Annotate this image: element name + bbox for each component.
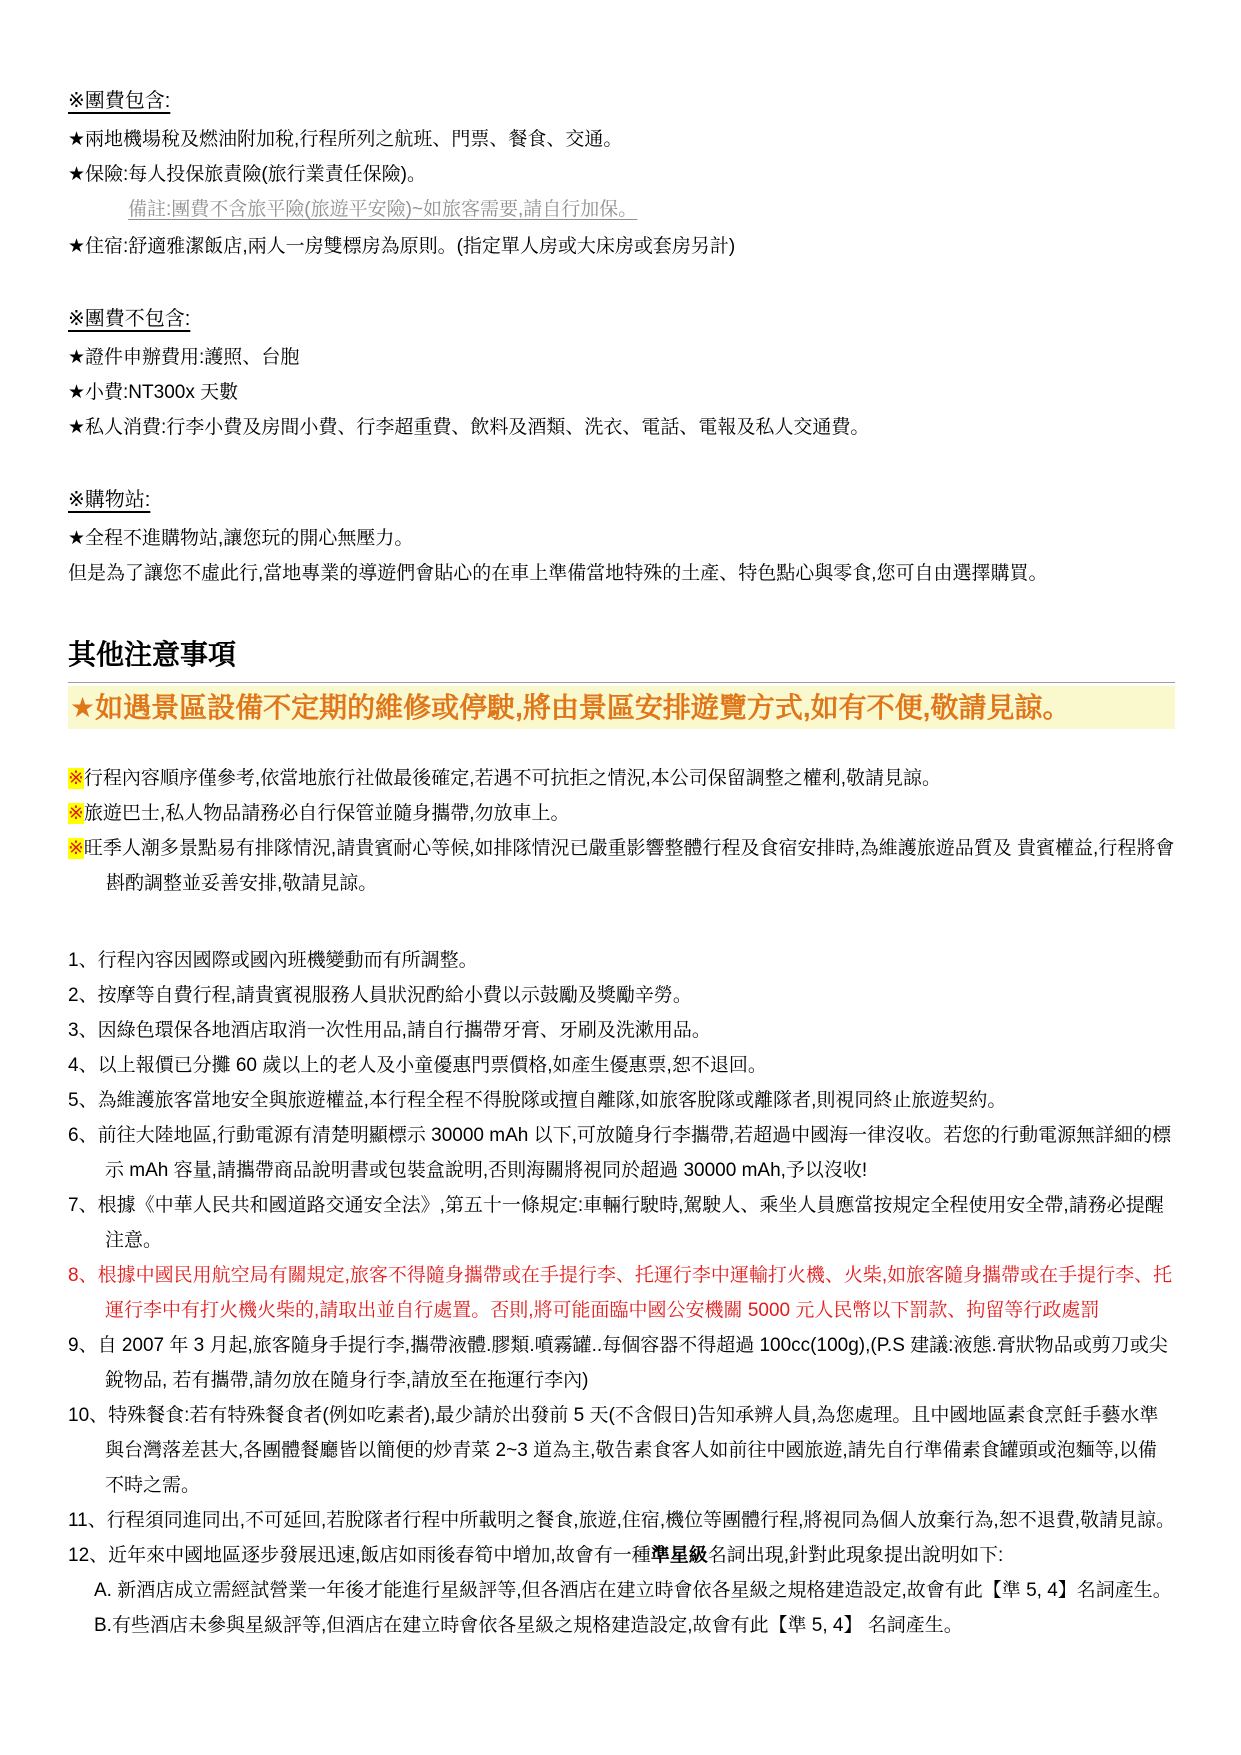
numbered-note-4: 4、以上報價已分攤 60 歲以上的老人及小童優惠門票價格,如產生優惠票,恕不退回…: [68, 1048, 1175, 1083]
numbered-note-6: 6、前往大陸地區,行動電源有清楚明顯標示 30000 mAh 以下,可放隨身行李…: [68, 1118, 1175, 1188]
highlight-note: ※旅遊巴士,私人物品請務必自行保管並隨身攜帶,勿放車上。: [68, 796, 1175, 831]
numbered-note-12-sub-a: A. 新酒店成立需經試營業一年後才能進行星級評等,但各酒店在建立時會依各星級之規…: [68, 1573, 1175, 1608]
document-page: ※團費包含: ★兩地機場稅及燃油附加稅,行程所列之航班、門票、餐食、交通。 ★保…: [0, 0, 1241, 1755]
item-text: 名詞出現,針對此現象提出說明如下:: [708, 1545, 1004, 1566]
numbered-note-7: 7、根據《中華人民共和國道路交通安全法》,第五十一條規定:車輛行駛時,駕駛人、乘…: [68, 1188, 1175, 1258]
numbered-note-12: 12、近年來中國地區逐步發展迅速,飯店如雨後春筍中增加,故會有一種準星級名詞出現…: [68, 1538, 1175, 1573]
numbered-note-10: 10、特殊餐食:若有特殊餐食者(例如吃素者),最少請於出發前 5 天(不含假日)…: [68, 1398, 1175, 1503]
item-text: 特殊餐食:若有特殊餐食者(例如吃素者),最少請於出發前 5 天(不含假日)告知承…: [105, 1405, 1158, 1496]
item-number: 11、: [68, 1510, 107, 1531]
fee-included-item: ★保險:每人投保旅責險(旅行業責任保險)。: [68, 160, 1175, 190]
highlight-marker: ※: [68, 803, 84, 824]
numbered-note-2: 2、按摩等自費行程,請貴賓視服務人員狀況酌給小費以示鼓勵及獎勵辛勞。: [68, 978, 1175, 1013]
numbered-note-8-warning: 8、根據中國民用航空局有關規定,旅客不得隨身攜帶或在手提行李、托運行李中運輸打火…: [68, 1258, 1175, 1328]
highlight-note-text: 旺季人潮多景點易有排隊情況,請貴賓耐心等候,如排隊情況已嚴重影響整體行程及食宿安…: [84, 838, 1174, 894]
item-text: 行程內容因國際或國內班機變動而有所調整。: [98, 950, 478, 971]
item-number: 9、: [68, 1335, 98, 1356]
numbered-note-3: 3、因綠色環保各地酒店取消一次性用品,請自行攜帶牙膏、牙刷及洗漱用品。: [68, 1013, 1175, 1048]
item-text: 前往大陸地區,行動電源有清楚明顯標示 30000 mAh 以下,可放隨身行李攜帶…: [98, 1125, 1172, 1181]
numbered-note-12-sub-b: B.有些酒店未參與星級評等,但酒店在建立時會依各星級之規格建造設定,故會有此【準…: [68, 1608, 1175, 1643]
highlight-note-text: 行程內容順序僅參考,依當地旅行社做最後確定,若遇不可抗拒之情況,本公司保留調整之…: [84, 768, 941, 789]
item-number: 5、: [68, 1090, 98, 1111]
highlight-note-text: 旅遊巴士,私人物品請務必自行保管並隨身攜帶,勿放車上。: [84, 803, 570, 824]
shopping-item: ★全程不進購物站,讓您玩的開心無壓力。: [68, 524, 1175, 554]
insurance-note: 備註:團費不含旅平險(旅遊平安險)~如旅客需要,請自行加保。: [68, 195, 1175, 225]
item-number: 2、: [68, 985, 98, 1006]
fee-excluded-item: ★小費:NT300x 天數: [68, 378, 1175, 408]
item-number: 4、: [68, 1055, 98, 1076]
section-fee-excluded: ※團費不包含: ★證件申辦費用:護照、台胞 ★小費:NT300x 天數 ★私人消…: [68, 302, 1175, 443]
highlight-marker: ※: [68, 768, 84, 789]
item-number: 7、: [68, 1195, 98, 1216]
shopping-heading: ※購物站:: [68, 483, 1175, 512]
fee-excluded-item: ★證件申辦費用:護照、台胞: [68, 343, 1175, 373]
item-text: 自 2007 年 3 月起,旅客隨身手提行李,攜帶液體.膠類.噴霧罐..每個容器…: [98, 1335, 1168, 1391]
fee-included-heading: ※團費包含:: [68, 84, 1175, 113]
item-text: 近年來中國地區逐步發展迅速,飯店如雨後春筍中增加,故會有一種: [108, 1545, 651, 1566]
item-number: 12、: [68, 1545, 108, 1566]
numbered-note-5: 5、為維護旅客當地安全與旅遊權益,本行程全程不得脫隊或擅自離隊,如旅客脫隊或離隊…: [68, 1083, 1175, 1118]
item-text-bold: 準星級: [651, 1545, 708, 1566]
numbered-notes-list: 1、行程內容因國際或國內班機變動而有所調整。 2、按摩等自費行程,請貴賓視服務人…: [68, 943, 1175, 1643]
highlight-note: ※旺季人潮多景點易有排隊情況,請貴賓耐心等候,如排隊情況已嚴重影響整體行程及食宿…: [68, 831, 1175, 901]
banner-text: ★如遇景區設備不定期的維修或停駛,將由景區安排遊覽方式,如有不便,敬請見諒。: [70, 692, 1070, 723]
numbered-note-1: 1、行程內容因國際或國內班機變動而有所調整。: [68, 943, 1175, 978]
highlight-note: ※行程內容順序僅參考,依當地旅行社做最後確定,若遇不可抗拒之情況,本公司保留調整…: [68, 761, 1175, 796]
item-text: 行程須同進同出,不可延回,若脫隊者行程中所載明之餐食,旅遊,住宿,機位等團體行程…: [107, 1510, 1175, 1531]
fee-included-item: ★住宿:舒適雅潔飯店,兩人一房雙標房為原則。(指定單人房或大床房或套房另計): [68, 232, 1175, 262]
shopping-extra-text: 但是為了讓您不虛此行,當地專業的導遊們會貼心的在車上準備當地特殊的土產、特色點心…: [68, 559, 1175, 589]
fee-excluded-item: ★私人消費:行李小費及房間小費、行李超重費、飲料及酒類、洗衣、電話、電報及私人交…: [68, 413, 1175, 443]
item-text: 按摩等自費行程,請貴賓視服務人員狀況酌給小費以示鼓勵及獎勵辛勞。: [98, 985, 692, 1006]
item-text: 根據《中華人民共和國道路交通安全法》,第五十一條規定:車輛行駛時,駕駛人、乘坐人…: [98, 1195, 1164, 1251]
numbered-note-9: 9、自 2007 年 3 月起,旅客隨身手提行李,攜帶液體.膠類.噴霧罐..每個…: [68, 1328, 1175, 1398]
scenic-area-warning-banner: ★如遇景區設備不定期的維修或停駛,將由景區安排遊覽方式,如有不便,敬請見諒。: [68, 686, 1175, 729]
item-text: 為維護旅客當地安全與旅遊權益,本行程全程不得脫隊或擅自離隊,如旅客脫隊或離隊者,…: [98, 1090, 1007, 1111]
item-text: 因綠色環保各地酒店取消一次性用品,請自行攜帶牙膏、牙刷及洗漱用品。: [98, 1020, 711, 1041]
fee-included-item: ★兩地機場稅及燃油附加稅,行程所列之航班、門票、餐食、交通。: [68, 125, 1175, 155]
item-number: 3、: [68, 1020, 98, 1041]
item-number: 10、: [68, 1405, 108, 1426]
item-number: 6、: [68, 1125, 98, 1146]
item-text: 根據中國民用航空局有關規定,旅客不得隨身攜帶或在手提行李、托運行李中運輸打火機、…: [98, 1265, 1173, 1321]
section-shopping: ※購物站: ★全程不進購物站,讓您玩的開心無壓力。 但是為了讓您不虛此行,當地專…: [68, 483, 1175, 589]
item-number: 1、: [68, 950, 98, 971]
item-text: 以上報價已分攤 60 歲以上的老人及小童優惠門票價格,如產生優惠票,恕不退回。: [98, 1055, 767, 1076]
section-fee-included: ※團費包含: ★兩地機場稅及燃油附加稅,行程所列之航班、門票、餐食、交通。 ★保…: [68, 84, 1175, 262]
fee-excluded-heading: ※團費不包含:: [68, 302, 1175, 331]
highlight-marker: ※: [68, 838, 84, 859]
numbered-note-11: 11、行程須同進同出,不可延回,若脫隊者行程中所載明之餐食,旅遊,住宿,機位等團…: [68, 1503, 1175, 1538]
highlighted-notes: ※行程內容順序僅參考,依當地旅行社做最後確定,若遇不可抗拒之情況,本公司保留調整…: [68, 761, 1175, 901]
other-notes-heading: 其他注意事項: [68, 633, 1175, 683]
item-number: 8、: [68, 1265, 98, 1286]
